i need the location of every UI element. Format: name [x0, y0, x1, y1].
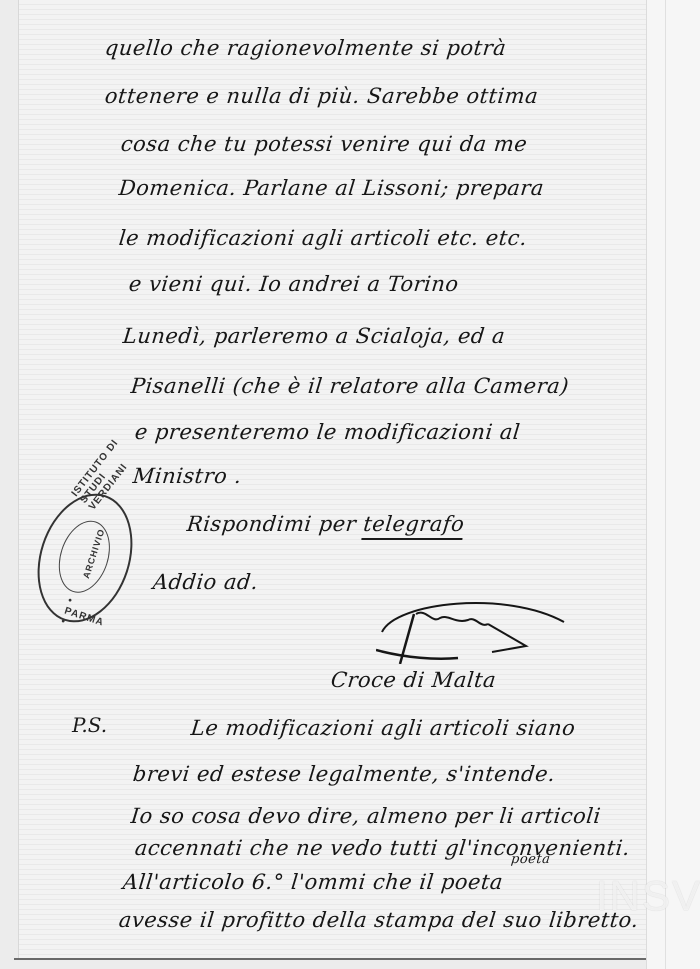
reply-request-underlined: telegrafo	[362, 512, 466, 540]
ps-line-2: brevi ed estese legalmente, s'intende.	[132, 762, 557, 786]
signature-flourish	[376, 594, 566, 664]
interlinear-correction: poeta	[510, 852, 551, 867]
watermark: INSV	[596, 872, 700, 920]
reply-request-text: Rispondimi per	[186, 512, 365, 536]
postscript-label: P.S.	[72, 713, 107, 737]
page-bottom-edge	[14, 958, 646, 960]
page-fold-line	[665, 0, 666, 969]
archive-stamp-inner-ring	[50, 514, 119, 599]
salutation: Addio ad.	[152, 570, 260, 594]
letter-line-2: ottenere e nulla di più. Sarebbe ottima	[104, 84, 540, 108]
letter-line-9: e presenteremo le modificazioni al	[134, 420, 522, 444]
ps-line-1: Le modificazioni agli articoli siano	[190, 716, 577, 740]
letter-line-6: e vieni qui. Io andrei a Torino	[128, 272, 460, 296]
ps-line-3: Io so cosa devo dire, almeno per li arti…	[130, 804, 602, 828]
letter-line-8: Pisanelli (che è il relatore alla Camera…	[130, 374, 570, 398]
letter-line-1: quello che ragionevolmente si potrà	[104, 36, 508, 60]
letter-line-3: cosa che tu potessi venire qui da me	[120, 132, 529, 156]
page-margin-right	[646, 0, 700, 969]
place-of-writing: Croce di Malta	[330, 668, 498, 692]
reply-request: Rispondimi per telegrafo	[186, 512, 466, 536]
letter-line-5: le modificazioni agli articoli etc. etc.	[118, 226, 529, 250]
letter-line-4: Domenica. Parlane al Lissoni; prepara	[118, 176, 546, 200]
ps-line-5: All'articolo 6.° l'ommi che il poeta	[122, 870, 505, 894]
letter-line-7: Lunedì, parleremo a Scialoja, ed a	[122, 324, 507, 348]
letter-line-10: Ministro .	[132, 464, 243, 488]
ps-line-6: avesse il profitto della stampa del suo …	[118, 908, 640, 932]
ps-line-4: accennati che ne vedo tutti gl'inconveni…	[134, 836, 632, 860]
